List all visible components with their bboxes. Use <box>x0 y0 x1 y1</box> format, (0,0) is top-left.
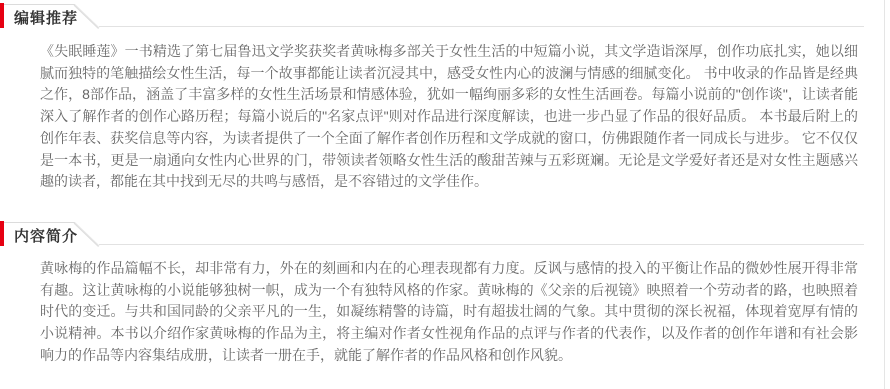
tab-top-border <box>4 4 75 5</box>
content-introduction-text: 黄咏梅的作品篇幅不长，却非常有力，外在的刻画和内在的心理表现都有力度。反讽与感情… <box>40 258 858 367</box>
section-header-content-introduction: 内容简介 <box>0 221 890 247</box>
accent-bar <box>0 3 4 28</box>
editor-recommendation-text: 《失眠睡莲》一书精选了第七届鲁迅文学奖获奖者黄咏梅多部关于女性生活的中短篇小说，… <box>40 41 858 193</box>
book-detail-page: 编辑推荐 《失眠睡莲》一书精选了第七届鲁迅文学奖获奖者黄咏梅多部关于女性生活的中… <box>0 0 890 389</box>
accent-bar <box>0 221 4 246</box>
tab-underline <box>99 26 864 27</box>
section-title: 编辑推荐 <box>14 7 78 28</box>
tab-underline <box>99 244 864 245</box>
section-title: 内容简介 <box>14 225 78 246</box>
section-header-editor-recommendation: 编辑推荐 <box>0 3 890 29</box>
page-right-border <box>884 0 885 389</box>
tab-top-border <box>4 222 75 223</box>
